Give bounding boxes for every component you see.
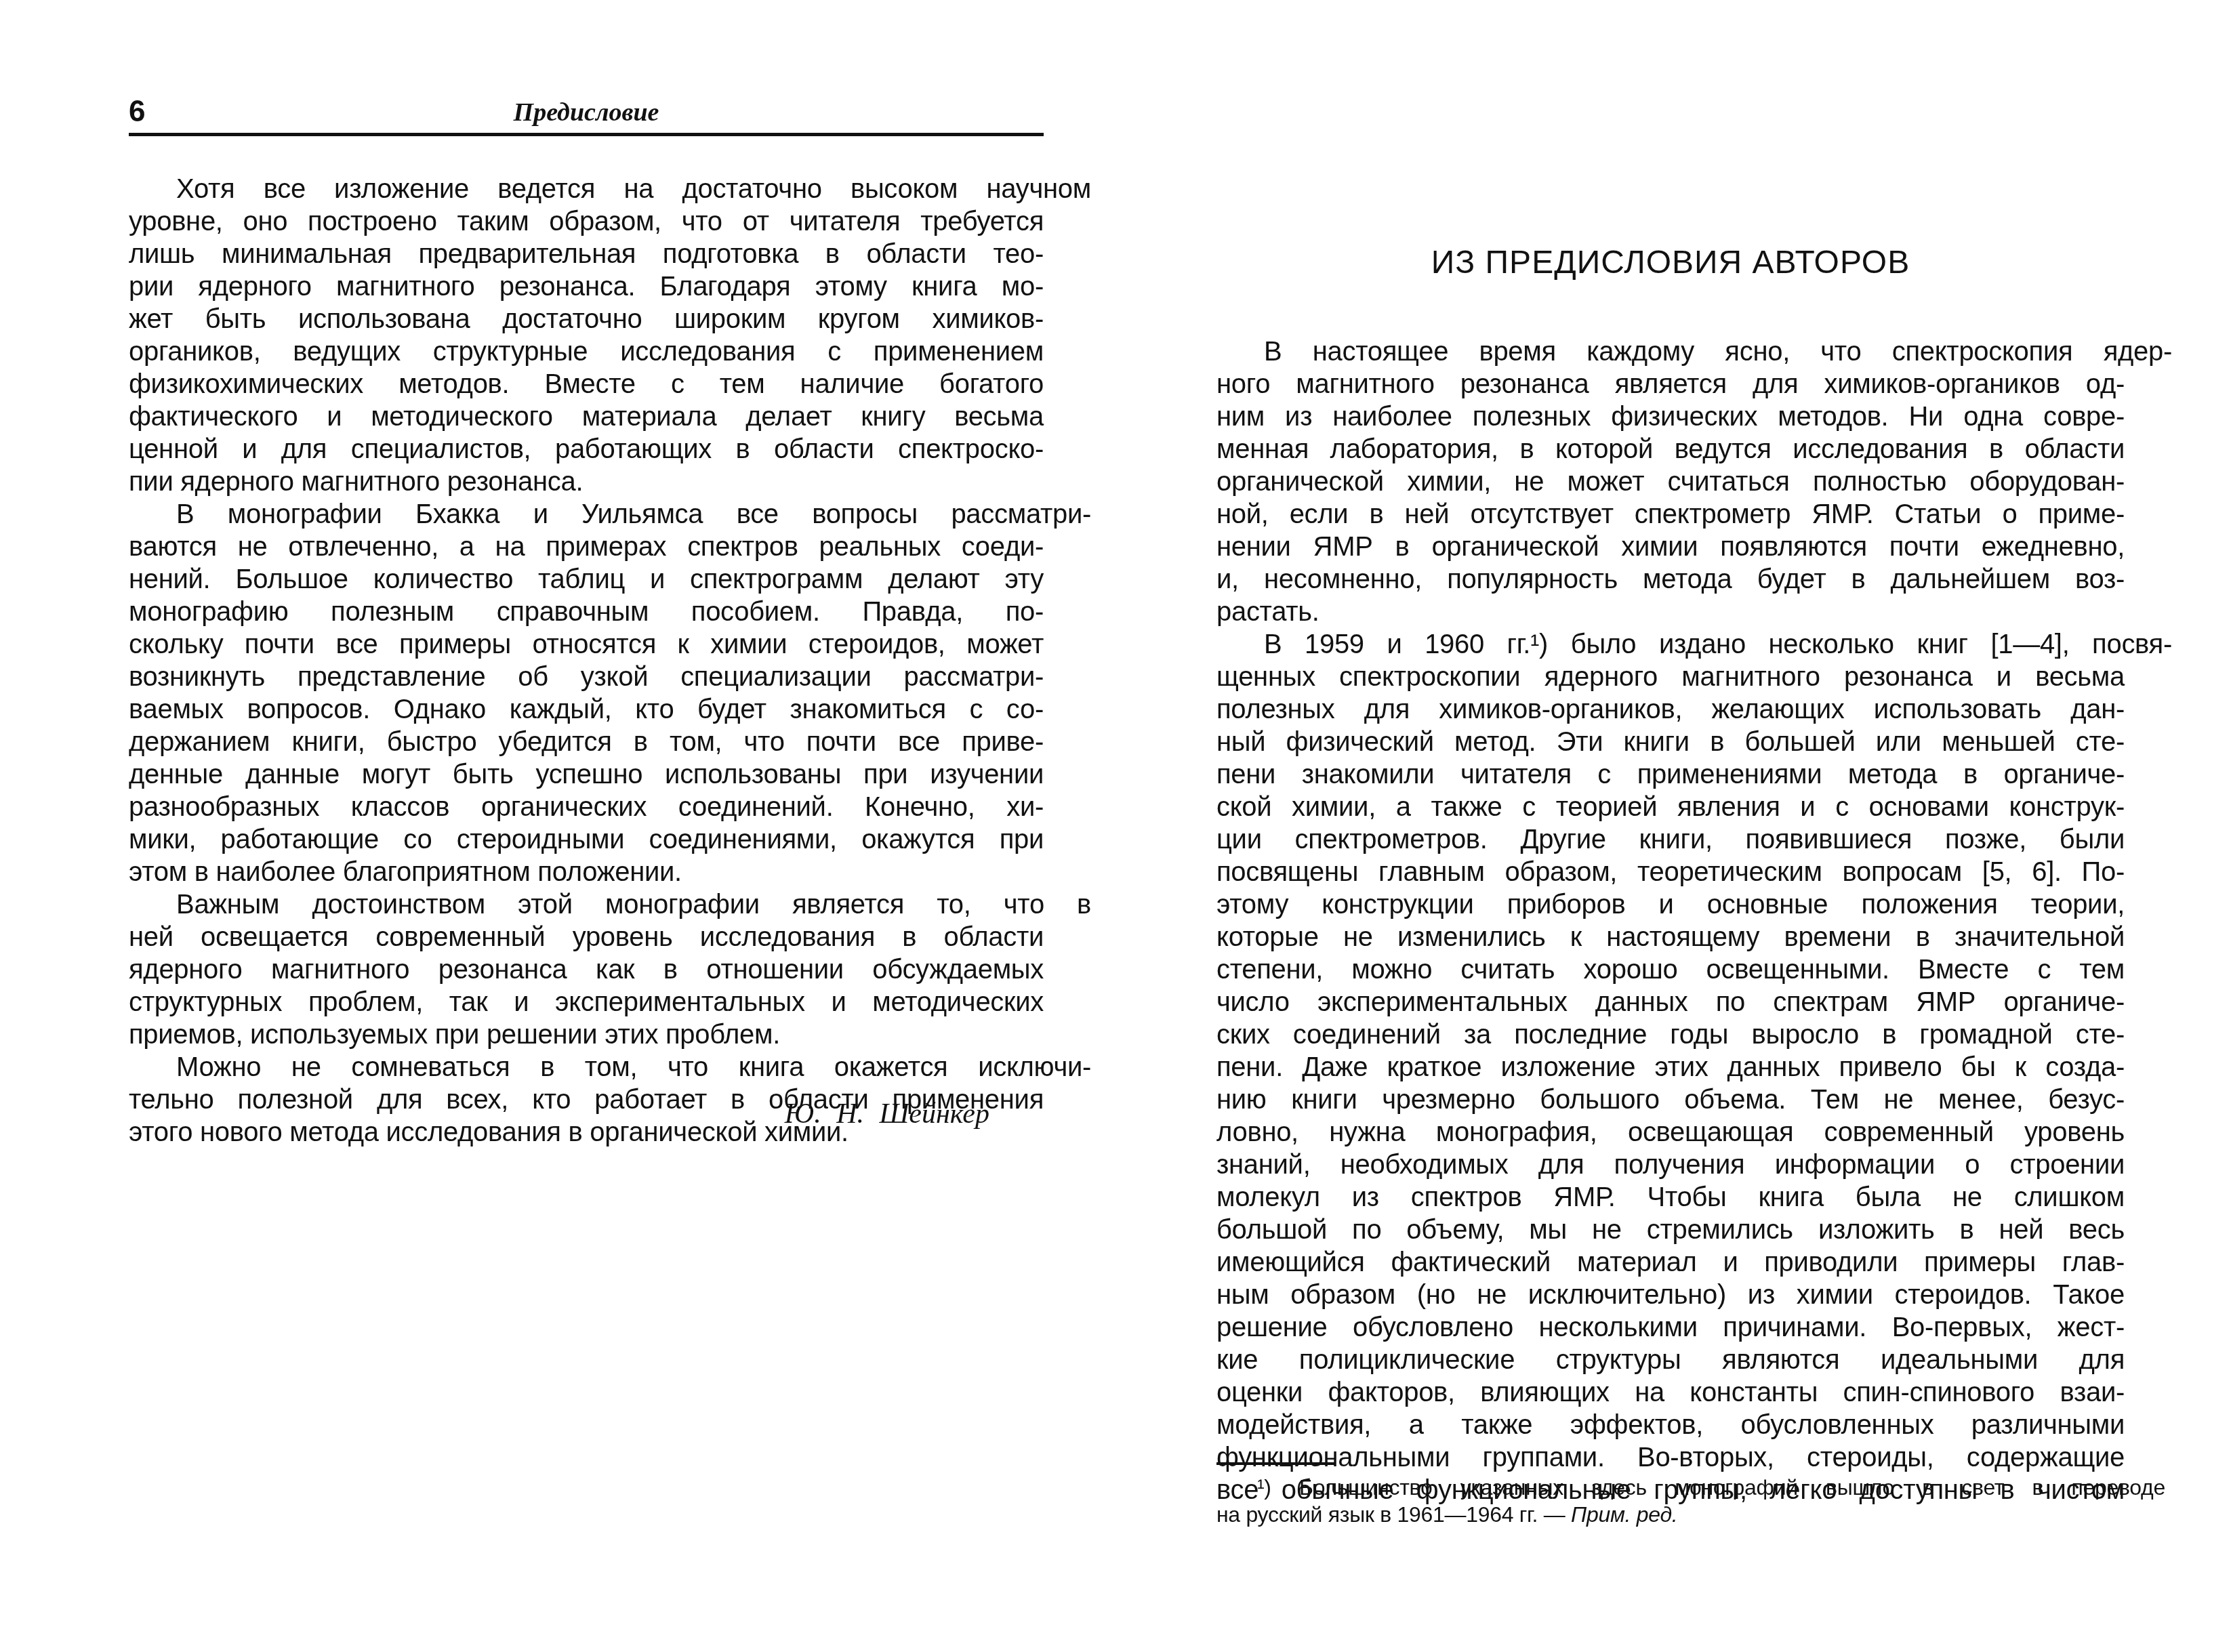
- text-line: пени знакомили читателя с применениями м…: [1216, 758, 2125, 791]
- text-line: ного магнитного резонанса является для х…: [1216, 368, 2125, 400]
- text-line: решение обусловлено несколькими причинам…: [1216, 1311, 2125, 1344]
- text-line: ценной и для специалистов, работающих в …: [129, 433, 1044, 466]
- text-line: ских соединений за последние годы выросл…: [1216, 1018, 2125, 1051]
- text-line: ный физический метод. Эти книги в больше…: [1216, 726, 2125, 758]
- footnotes: ¹) Большинство указанных здесь монографи…: [1216, 1474, 2125, 1528]
- text-line: ным образом (но не исключительно) из хим…: [1216, 1279, 2125, 1311]
- text-line: органиков, ведущих структурные исследова…: [129, 335, 1044, 368]
- text-line: кие полициклические структуры являются и…: [1216, 1344, 2125, 1376]
- footnote-line: ¹) Большинство указанных здесь монографи…: [1216, 1474, 2165, 1501]
- text-line: степени, можно считать хорошо освещенным…: [1216, 953, 2125, 986]
- text-line: ции спектрометров. Другие книги, появивш…: [1216, 823, 2125, 856]
- right-body-text: В настоящее время каждому ясно, что спек…: [1216, 335, 2125, 1506]
- text-line: Хотя все изложение ведется на достаточно…: [129, 173, 1091, 205]
- text-line: монографию полезным справочным пособием.…: [129, 596, 1044, 628]
- text-line: ваются не отвлеченно, а на примерах спек…: [129, 531, 1044, 563]
- text-line: скольку почти все примеры относятся к хи…: [129, 628, 1044, 661]
- text-line: мики, работающие со стероидными соединен…: [129, 823, 1044, 856]
- text-line: полезных для химиков-органиков, желающих…: [1216, 693, 2125, 726]
- text-line: В 1959 и 1960 гг.¹) было издано нескольк…: [1216, 628, 2172, 661]
- text-line: этому конструкции приборов и основные по…: [1216, 888, 2125, 921]
- running-head: 6 Предисловие: [129, 95, 1044, 136]
- text-line: посвящены главным образом, теоретическим…: [1216, 856, 2125, 888]
- text-line: большой по объему, мы не стремились изло…: [1216, 1214, 2125, 1246]
- text-line: нении ЯМР в органической химии появляютс…: [1216, 531, 2125, 563]
- text-line: ядерного магнитного резонанса как в отно…: [129, 953, 1044, 986]
- footnote-rule: [1216, 1462, 1335, 1465]
- text-line: В монографии Бхакка и Уильямса все вопро…: [129, 498, 1091, 531]
- text-line: денные данные могут быть успешно использ…: [129, 758, 1044, 791]
- text-line: менная лаборатория, в которой ведутся ис…: [1216, 433, 2125, 466]
- text-line: функциональными группами. Во-вторых, сте…: [1216, 1441, 2125, 1474]
- left-body-text: Хотя все изложение ведется на достаточно…: [129, 173, 1044, 1149]
- footnote-line: на русский язык в 1961—1964 гг. — Прим. …: [1216, 1501, 2125, 1528]
- text-line: этом в наиболее благоприятном положении.: [129, 856, 1044, 888]
- text-line: уровне, оно построено таким образом, что…: [129, 205, 1044, 238]
- text-line: Важным достоинством этой монографии явля…: [129, 888, 1091, 921]
- text-line: нию книги чрезмерно большого объема. Тем…: [1216, 1083, 2125, 1116]
- text-line: лишь минимальная предварительная подгото…: [129, 238, 1044, 270]
- text-line: и, несомненно, популярность метода будет…: [1216, 563, 2125, 596]
- text-line: оценки факторов, влияющих на константы с…: [1216, 1376, 2125, 1409]
- text-line: ней освещается современный уровень иссле…: [129, 921, 1044, 953]
- footnote-text: на русский язык в 1961—1964 гг. —: [1216, 1502, 1571, 1527]
- text-line: нений. Большое количество таблиц и спект…: [129, 563, 1044, 596]
- text-line: органической химии, не может считаться п…: [1216, 466, 2125, 498]
- text-line: физикохимических методов. Вместе с тем н…: [129, 368, 1044, 400]
- text-line: ской химии, а также с теорией явления и …: [1216, 791, 2125, 823]
- text-line: В настоящее время каждому ясно, что спек…: [1216, 335, 2172, 368]
- text-line: приемов, используемых при решении этих п…: [129, 1018, 1044, 1051]
- text-line: возникнуть представление об узкой специа…: [129, 661, 1044, 693]
- section-title: ИЗ ПРЕДИСЛОВИЯ АВТОРОВ: [1216, 244, 2125, 281]
- text-line: структурных проблем, так и экспериментал…: [129, 986, 1044, 1018]
- text-line: щенных спектроскопии ядерного магнитного…: [1216, 661, 2125, 693]
- text-line: разнообразных классов органических соеди…: [129, 791, 1044, 823]
- text-line: фактического и методического материала д…: [129, 400, 1044, 433]
- text-line: держанием книги, быстро убедится в том, …: [129, 726, 1044, 758]
- text-line: рии ядерного магнитного резонанса. Благо…: [129, 270, 1044, 303]
- text-line: модействия, а также эффектов, обусловлен…: [1216, 1409, 2125, 1441]
- text-line: жет быть использована достаточно широким…: [129, 303, 1044, 335]
- text-line: ним из наиболее полезных физических мето…: [1216, 400, 2125, 433]
- text-line: которые не изменились к настоящему време…: [1216, 921, 2125, 953]
- text-line: молекул из спектров ЯМР. Чтобы книга был…: [1216, 1181, 2125, 1214]
- text-line: имеющийся фактический материал и приводи…: [1216, 1246, 2125, 1279]
- running-title: Предисловие: [129, 98, 1044, 127]
- header-rule: [129, 133, 1044, 136]
- text-line: ловно, нужна монография, освещающая совр…: [1216, 1116, 2125, 1149]
- text-line: Можно не сомневаться в том, что книга ок…: [129, 1051, 1091, 1083]
- text-line: число экспериментальных данных по спектр…: [1216, 986, 2125, 1018]
- text-line: ваемых вопросов. Однако каждый, кто буде…: [129, 693, 1044, 726]
- text-line: пени. Даже краткое изложение этих данных…: [1216, 1051, 2125, 1083]
- text-line: пии ядерного магнитного резонанса.: [129, 466, 1044, 498]
- signature: Ю. Н. Шейнкер: [785, 1098, 989, 1130]
- text-line: растать.: [1216, 596, 2125, 628]
- editor-note: Прим. ред.: [1571, 1502, 1677, 1527]
- text-line: знаний, необходимых для получения информ…: [1216, 1149, 2125, 1181]
- text-line: ной, если в ней отсутствует спектрометр …: [1216, 498, 2125, 531]
